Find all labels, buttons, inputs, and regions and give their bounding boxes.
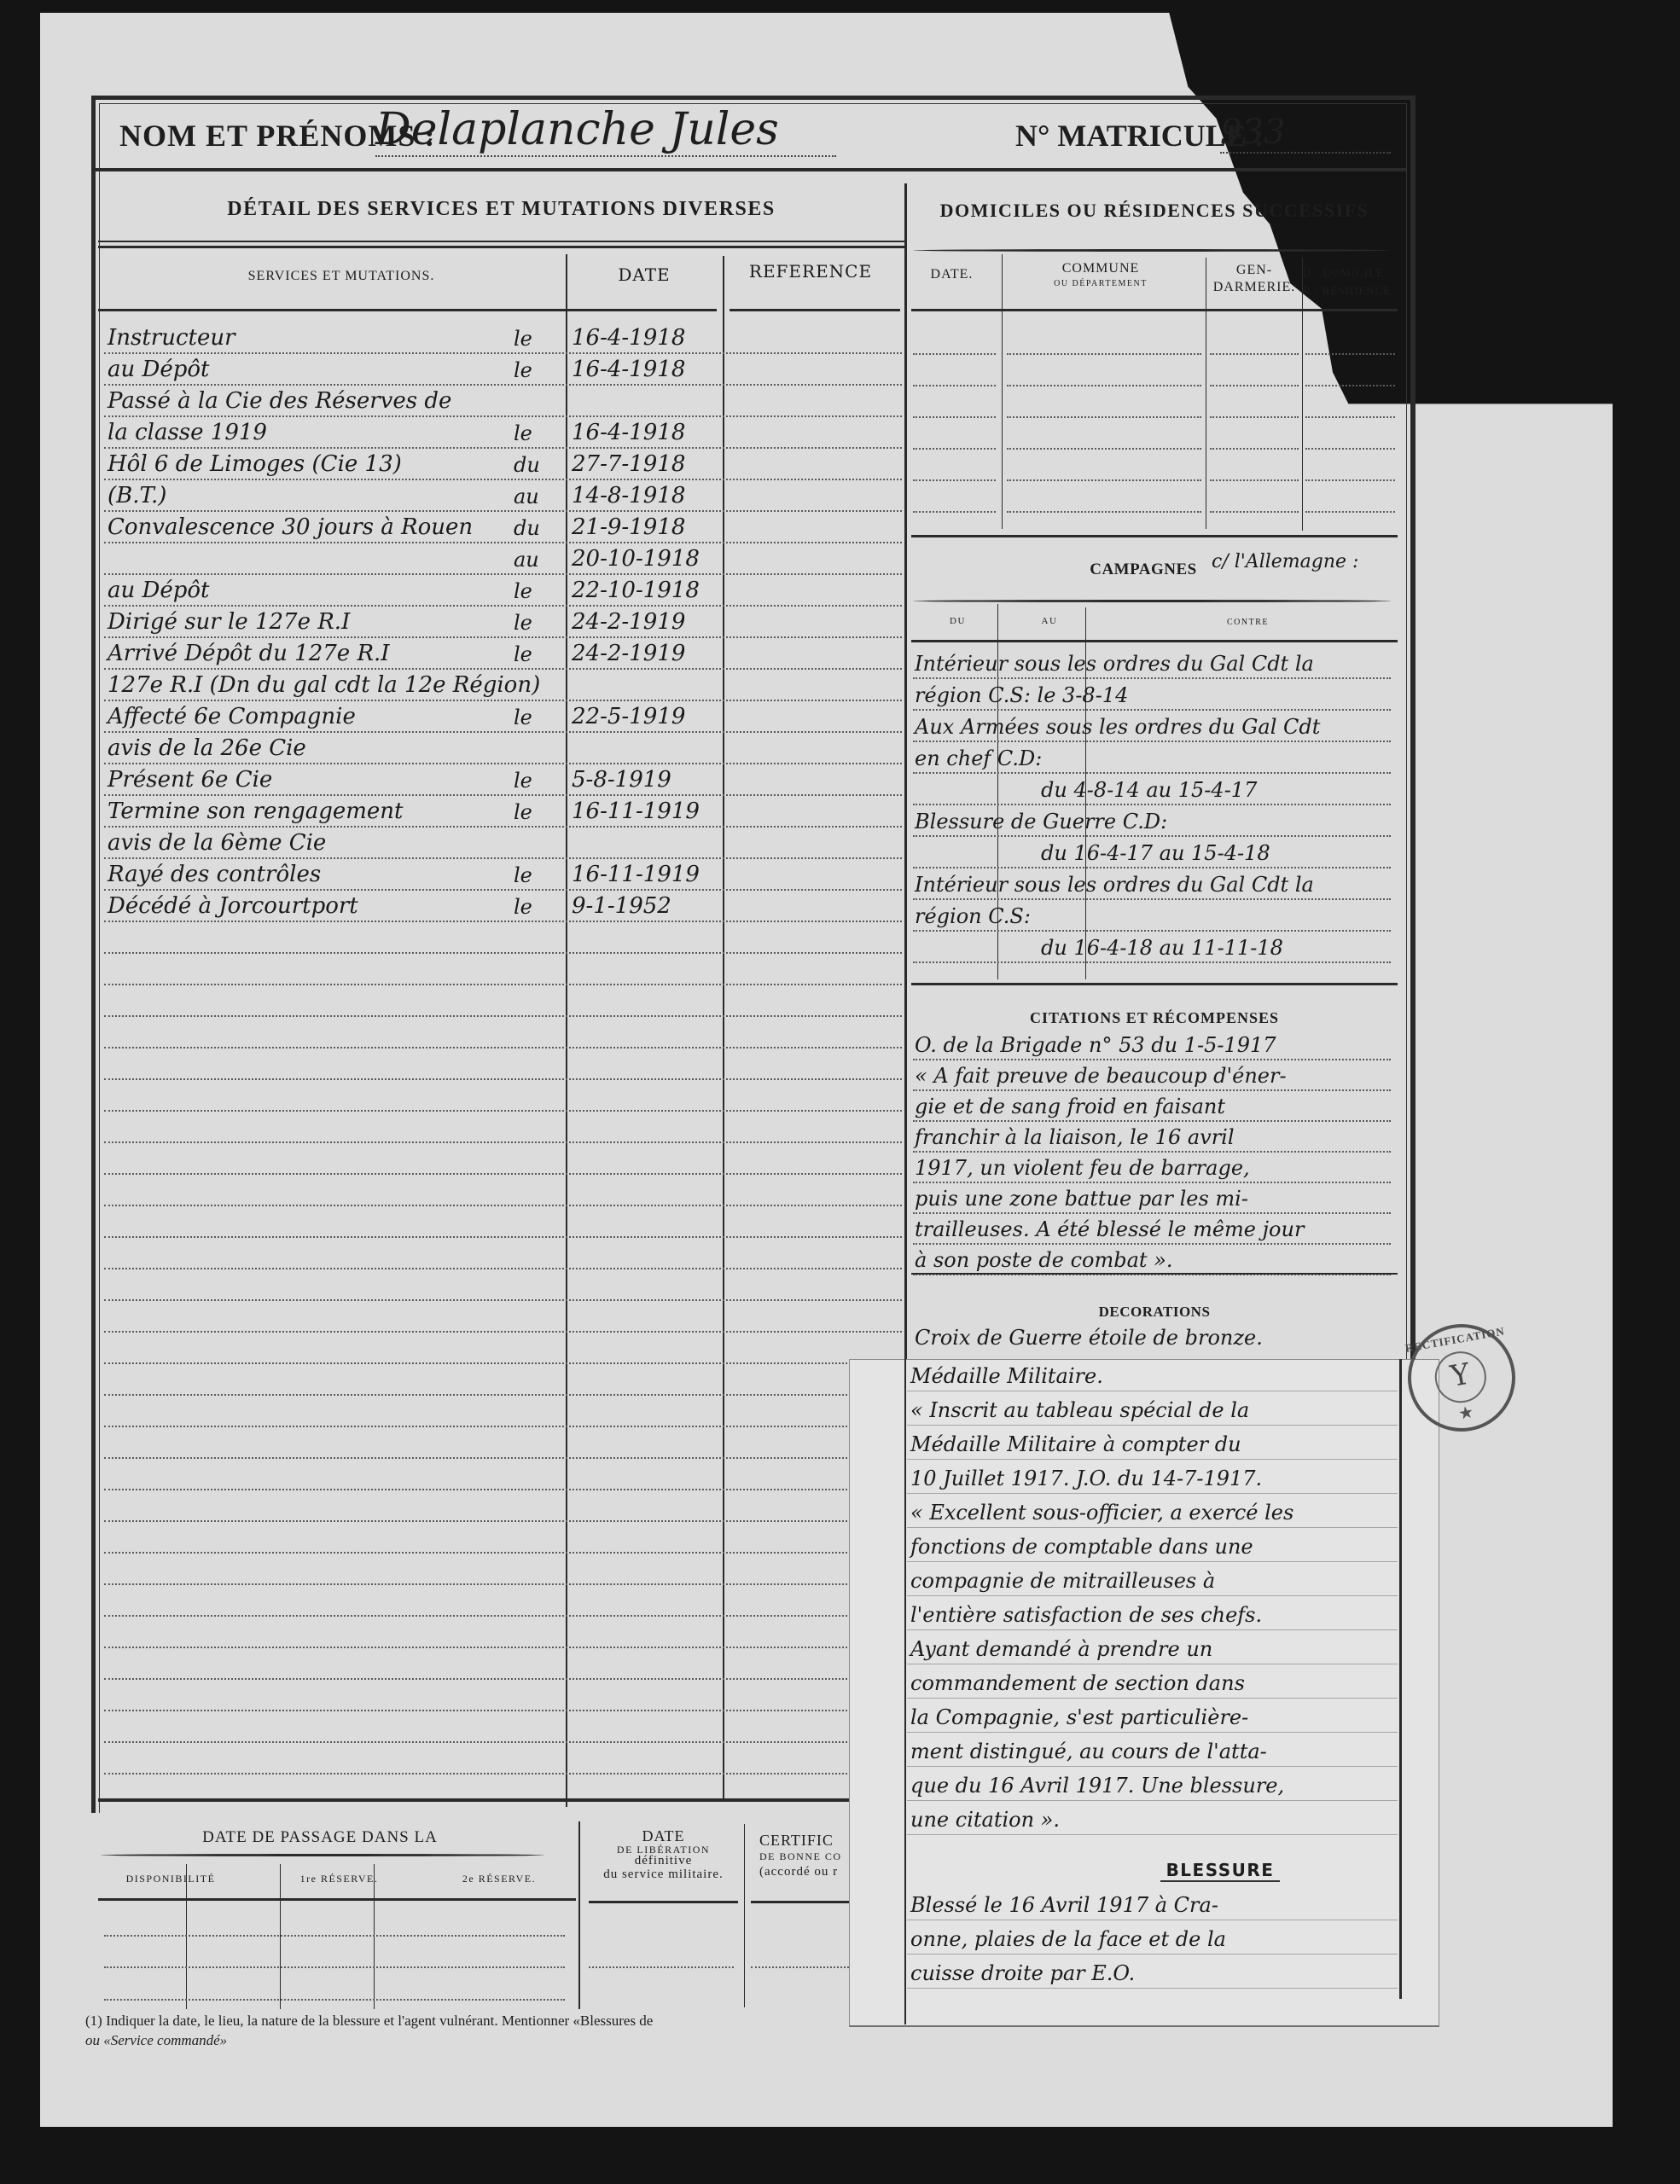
liberation-head-rule — [589, 1901, 738, 1903]
empty-line — [104, 1615, 902, 1617]
service-row: Dirigé sur le 127e R.Ile24-2-1919 — [104, 605, 902, 638]
liberation-label-3: définitive — [584, 1855, 742, 1868]
campagnes-title: CAMPAGNES — [1062, 561, 1224, 579]
domicile-dotted-line — [913, 511, 996, 513]
empty-line — [104, 1647, 902, 1648]
services-rule-1 — [98, 241, 904, 242]
blessure-line: cuisse droite par E.O. — [907, 1954, 1398, 1989]
dom-div-2 — [1206, 258, 1206, 529]
domicile-dotted-line — [913, 479, 996, 481]
domicile-dotted-line — [1007, 385, 1201, 386]
campagnes-brace — [913, 600, 1391, 602]
liberation-dots — [589, 1966, 734, 1968]
empty-line — [104, 1236, 902, 1238]
citations-title: CITATIONS ET RÉCOMPENSES — [911, 1009, 1398, 1027]
dom-div-1 — [1002, 254, 1003, 529]
empty-line — [104, 1426, 902, 1427]
empty-line — [104, 1047, 902, 1048]
liberation-header: DATE DE LIBÉRATION définitive du service… — [584, 1828, 742, 1882]
domicile-dotted-line — [913, 416, 996, 418]
empty-line — [104, 1394, 902, 1396]
domicile-dotted-line — [913, 385, 996, 386]
domicile-dotted-line — [1007, 479, 1201, 481]
decoration-line: « Excellent sous-officier, a exercé les — [907, 1493, 1398, 1528]
dom-col-date: DATE. — [911, 266, 992, 283]
passage-top-rule — [98, 1798, 904, 1802]
liberation-divider — [578, 1821, 580, 2009]
campaign-line: du 16-4-18 au 11-11-18 — [913, 930, 1391, 963]
passage-head-rule — [98, 1898, 576, 1901]
service-row: Convalescence 30 jours à Rouendu21-9-191… — [104, 510, 902, 543]
domicile-dotted-line — [1007, 511, 1201, 513]
domicile-dotted-line — [1305, 448, 1395, 450]
dom-head-rule — [911, 309, 1398, 311]
domicile-dotted-line — [1210, 385, 1299, 386]
camp-col-du: DU — [913, 616, 1003, 628]
campaign-line: région C.S: — [913, 898, 1391, 932]
domicile-dotted-line — [1305, 353, 1395, 355]
campaign-line: Intérieur sous les ordres du Gal Cdt la — [913, 646, 1391, 679]
domicile-dotted-line — [1007, 416, 1201, 418]
empty-line — [104, 1078, 902, 1080]
decoration-line: commandement de section dans — [907, 1664, 1398, 1699]
service-row: Termine son rengagementle16-11-1919 — [104, 794, 902, 828]
passage-div-3 — [374, 1864, 375, 2009]
service-row: avis de la 6ème Cie — [104, 826, 902, 859]
campaign-line: Intérieur sous les ordres du Gal Cdt la — [913, 867, 1391, 900]
empty-line — [104, 1205, 902, 1206]
domicile-dotted-line — [1305, 511, 1395, 513]
empty-line — [104, 1457, 902, 1459]
passage-dots — [104, 1999, 565, 2001]
campaign-line: Blessure de Guerre C.D: — [913, 804, 1391, 837]
campaign-line: du 16-4-17 au 15-4-18 — [913, 835, 1391, 868]
domicile-dotted-line — [1305, 416, 1395, 418]
passage-dots — [104, 1935, 565, 1937]
campagnes-top-rule — [911, 535, 1398, 537]
empty-line — [104, 1141, 902, 1143]
blessure-line: onne, plaies de la face et de la — [907, 1920, 1398, 1955]
citation-line: franchir à la liaison, le 16 avril — [913, 1120, 1391, 1153]
service-row: 127e R.I (Dn du gal cdt la 12e Région) — [104, 668, 902, 701]
domicile-dotted-line — [1305, 479, 1395, 481]
service-row: Passé à la Cie des Réserves de — [104, 384, 902, 417]
decoration-line: que du 16 Avril 1917. Une blessure, — [907, 1766, 1398, 1801]
dom-col-d-label: D : DOMICILE — [1303, 264, 1401, 282]
empty-line — [104, 1583, 902, 1585]
decorations-title: DECORATIONS — [911, 1304, 1398, 1321]
service-row: Rayé des contrôlesle16-11-1919 — [104, 857, 902, 891]
citation-line: à son poste de combat ». — [913, 1243, 1391, 1275]
domicile-dotted-line — [1210, 479, 1299, 481]
slip-right-rule — [1399, 1359, 1402, 1999]
dom-col-commune: COMMUNE OU DÉPARTEMENT — [1003, 260, 1199, 290]
empty-line — [104, 1362, 902, 1364]
decoration-line: Médaille Militaire. — [907, 1356, 1398, 1391]
citation-line: puis une zone battue par les mi- — [913, 1182, 1391, 1214]
passage-div-2 — [280, 1864, 281, 2009]
passage-title: DATE DE PASSAGE DANS LA — [98, 1827, 542, 1848]
domicile-dotted-line — [1210, 511, 1299, 513]
service-row: Décédé à Jorcourtportle9-1-1952 — [104, 889, 902, 922]
decoration-line: l'entière satisfaction de ses chefs. — [907, 1595, 1398, 1630]
empty-line — [104, 1773, 902, 1774]
citations-top-rule — [911, 983, 1398, 985]
blessure-line: Blessé le 16 Avril 1917 à Cra- — [907, 1885, 1398, 1920]
col-reference: REFERENCE — [734, 261, 887, 282]
col-1re-reserve: 1re RÉSERVE. — [252, 1873, 427, 1885]
matricule-value: 933 — [1220, 113, 1391, 154]
campaign-line: Aux Armées sous les ordres du Gal Cdt — [913, 709, 1391, 742]
footnote-line-1: (1) Indiquer la date, le lieu, la nature… — [85, 2012, 653, 2031]
certificat-divider — [744, 1824, 745, 2007]
services-head-rule — [98, 309, 717, 311]
domiciles-brace — [913, 249, 1391, 252]
service-row: au Dépôtle16-4-1918 — [104, 352, 902, 386]
dom-col-commune-label: COMMUNE — [1003, 260, 1199, 277]
camp-col-au: AU — [1007, 616, 1092, 628]
domiciles-title: DOMICILES OU RÉSIDENCES SUCCESSIFS — [911, 200, 1398, 222]
passage-brace — [101, 1854, 544, 1856]
decoration-line: ment distingué, au cours de l'atta- — [907, 1732, 1398, 1767]
decoration-line: une citation ». — [907, 1800, 1398, 1835]
decoration-line: fonctions de comptable dans une — [907, 1527, 1398, 1562]
citation-line: O. de la Brigade n° 53 du 1-5-1917 — [913, 1028, 1391, 1060]
slip-left-rule — [904, 1359, 906, 2024]
decorations-top-rule — [911, 1273, 1398, 1275]
empty-line — [104, 1710, 902, 1711]
campaign-line: du 4-8-14 au 15-4-17 — [913, 772, 1391, 805]
empty-line — [104, 1331, 902, 1333]
empty-line — [104, 984, 902, 985]
passage-dots — [104, 1966, 565, 1968]
domicile-dotted-line — [913, 448, 996, 450]
domicile-dotted-line — [1007, 448, 1201, 450]
service-row: Hôl 6 de Limoges (Cie 13)du27-7-1918 — [104, 447, 902, 480]
camp-head-rule — [911, 640, 1398, 642]
decoration-line: Croix de Guerre étoile de bronze. — [913, 1321, 1391, 1351]
decoration-line: la Compagnie, s'est particulière- — [907, 1698, 1398, 1733]
services-title: DÉTAIL DES SERVICES ET MUTATIONS DIVERSE… — [98, 198, 904, 221]
liberation-label-1: DATE — [584, 1828, 742, 1844]
empty-line — [104, 1110, 902, 1112]
citation-line: gie et de sang froid en faisant — [913, 1089, 1391, 1122]
campaign-line: région C.S: le 3-8-14 — [913, 677, 1391, 711]
stamp-mark: Y — [1433, 1350, 1487, 1402]
decoration-line: Ayant demandé à prendre un — [907, 1629, 1398, 1664]
empty-line — [104, 952, 902, 954]
empty-line — [104, 1489, 902, 1490]
passage-div-1 — [186, 1864, 187, 2009]
dom-col-r-label: R : RÉSIDENCE. — [1303, 282, 1401, 300]
campagnes-handwritten: c/ l'Allemagne : — [1212, 551, 1358, 572]
reference-head-rule — [730, 309, 900, 311]
citation-line: trailleuses. A été blessé le même jour — [913, 1212, 1391, 1245]
domicile-dotted-line — [1007, 353, 1201, 355]
header-rule — [96, 168, 1406, 171]
citation-line: 1917, un violent feu de barrage, — [913, 1151, 1391, 1183]
domicile-dotted-line — [1210, 448, 1299, 450]
domicile-dotted-line — [1305, 385, 1395, 386]
domicile-dotted-line — [913, 353, 996, 355]
service-row: Instructeurle16-4-1918 — [104, 321, 902, 354]
service-row: Présent 6e Ciele5-8-1919 — [104, 763, 902, 796]
camp-col-contre: CONTRE — [1101, 618, 1395, 629]
empty-line — [104, 1678, 902, 1680]
service-row: la classe 1919le16-4-1918 — [104, 415, 902, 449]
decoration-line: compagnie de mitrailleuses à — [907, 1561, 1398, 1596]
empty-line — [104, 1268, 902, 1269]
decoration-line: « Inscrit au tableau spécial de la — [907, 1391, 1398, 1426]
empty-line — [104, 1015, 902, 1017]
services-rule-2 — [98, 246, 904, 248]
dom-col-commune-sub: OU DÉPARTEMENT — [1003, 279, 1199, 290]
dom-col-gendarmerie: GEN- DARMERIE. — [1207, 262, 1301, 296]
col-services: SERVICES ET MUTATIONS. — [222, 268, 461, 285]
service-row: avis de la 26e Cie — [104, 731, 902, 764]
col-date: DATE — [597, 264, 691, 286]
service-row: au Dépôtle22-10-1918 — [104, 573, 902, 607]
liberation-label-4: du service militaire. — [584, 1868, 742, 1882]
star-icon: ★ — [1456, 1401, 1475, 1425]
empty-line — [104, 1173, 902, 1175]
name-value: Delaplanche Jules — [375, 104, 836, 157]
service-row: Arrivé Dépôt du 127e R.Ile24-2-1919 — [104, 636, 902, 670]
col-disponibilite: DISPONIBILITÉ — [98, 1873, 243, 1885]
stamp-inner-ring: Y — [1431, 1347, 1491, 1407]
empty-line — [104, 1552, 902, 1554]
dom-div-3 — [1302, 258, 1303, 531]
domicile-dotted-line — [1210, 416, 1299, 418]
col-2e-reserve: 2e RÉSERVE. — [431, 1873, 567, 1885]
footnote: (1) Indiquer la date, le lieu, la nature… — [85, 2012, 653, 2051]
decoration-line: 10 Juillet 1917. J.O. du 14-7-1917. — [907, 1459, 1398, 1494]
dom-col-dr: D : DOMICILE R : RÉSIDENCE. — [1303, 264, 1401, 300]
domicile-dotted-line — [1210, 353, 1299, 355]
footnote-line-2: ou «Service commandé» — [85, 2031, 653, 2051]
citation-line: « A fait preuve de beaucoup d'éner- — [913, 1059, 1391, 1091]
decoration-line: Médaille Militaire à compter du — [907, 1425, 1398, 1460]
empty-line — [104, 1299, 902, 1301]
record-header: NOM ET PRÉNOMS : Delaplanche Jules N° MA… — [119, 113, 1382, 164]
blessure-title: BLESSURE — [1160, 1860, 1280, 1882]
campaign-line: en chef C.D: — [913, 741, 1391, 774]
service-row: au20-10-1918 — [104, 542, 902, 575]
empty-line — [104, 1520, 902, 1522]
service-row: (B.T.)au14-8-1918 — [104, 479, 902, 512]
service-row: Affecté 6e Compagniele22-5-1919 — [104, 700, 902, 733]
empty-line — [104, 1741, 902, 1743]
